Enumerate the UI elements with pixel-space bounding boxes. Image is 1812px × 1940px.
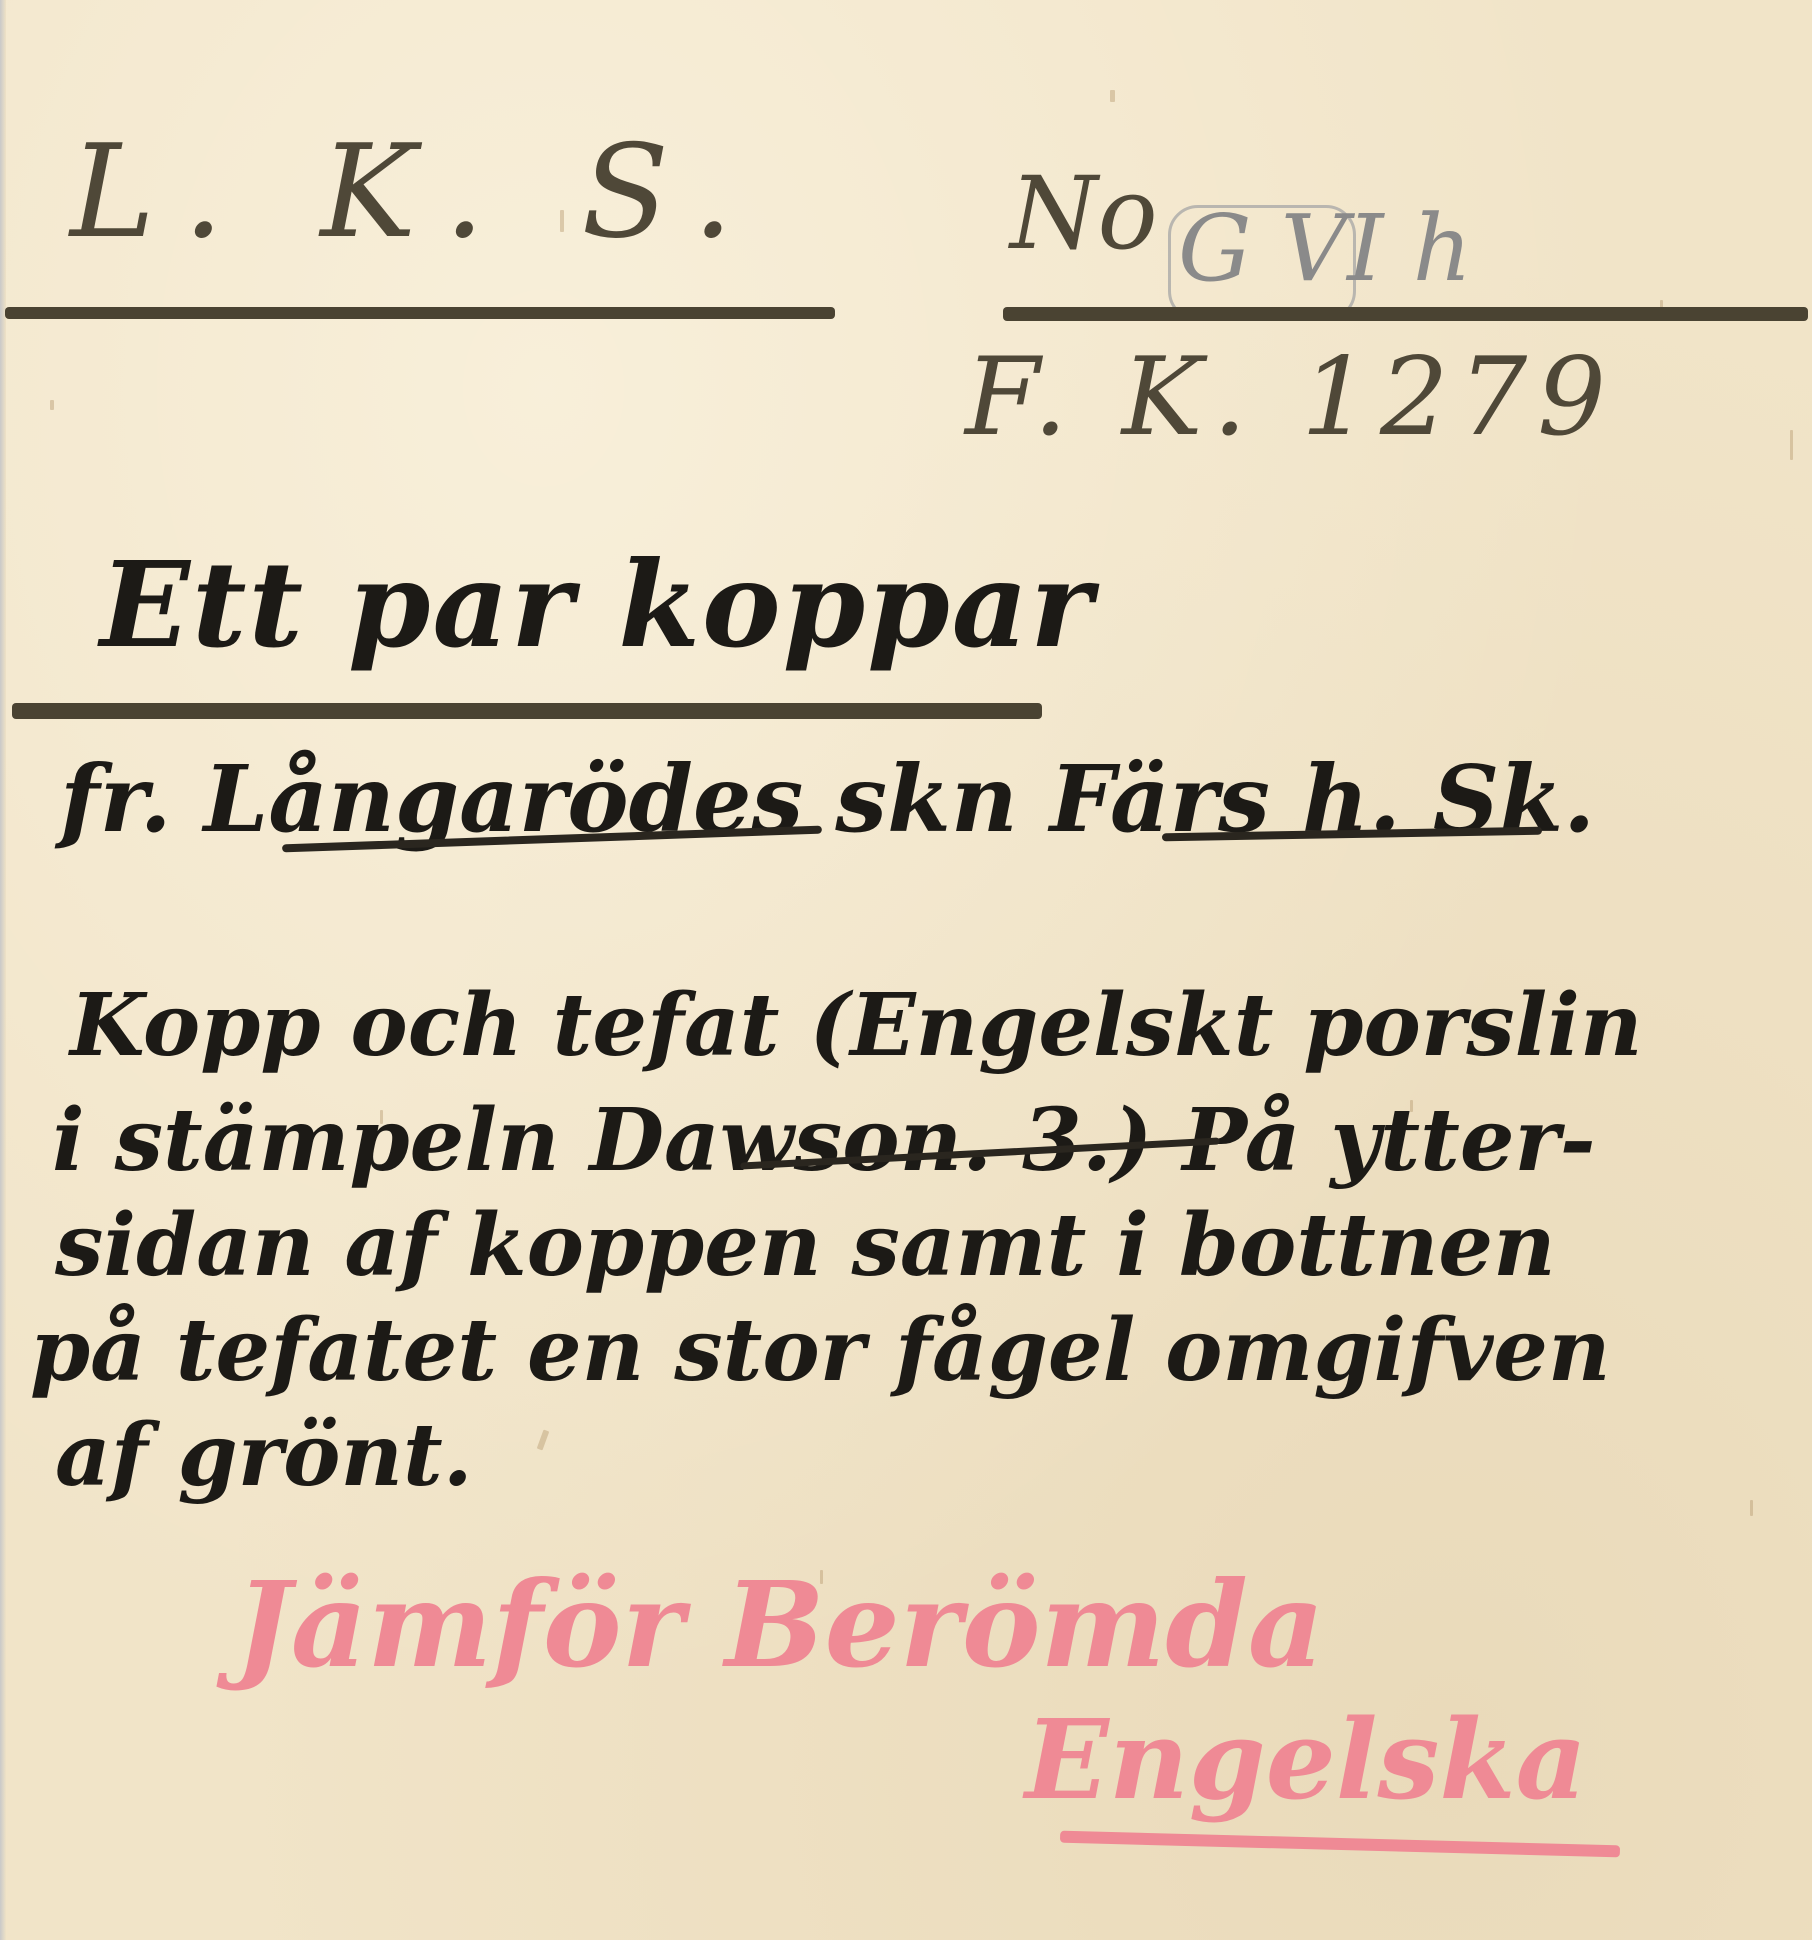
- description-line: Kopp och tefat (Engelskt porslin: [70, 975, 1642, 1076]
- pencil-classification-code: G VI h: [1178, 195, 1472, 302]
- description-line: sidan af koppen samt i bottnen: [55, 1195, 1556, 1296]
- paper-fiber: [50, 400, 54, 410]
- paper-fiber: [1110, 90, 1115, 102]
- paper-fiber: [1750, 1500, 1753, 1516]
- scan-edge: [0, 0, 6, 1940]
- collection-abbreviation: L. K. S.: [70, 118, 761, 267]
- title-rule: [12, 703, 1042, 719]
- description-line: på tefatet en stor fågel omgifven: [30, 1300, 1611, 1401]
- red-annotation-line-2: Engelska: [1025, 1695, 1587, 1824]
- paper-fiber: [1790, 430, 1793, 460]
- number-label: No: [1010, 155, 1158, 272]
- description-line: i stämpeln Dawson. 3.) På ytter-: [52, 1090, 1596, 1191]
- catalog-number: F. K. 1279: [965, 335, 1616, 460]
- header-rule-left: [5, 307, 835, 319]
- description-line: af grönt.: [55, 1405, 473, 1506]
- red-annotation-line-1: Jämför Berömda: [235, 1555, 1324, 1694]
- object-title: Ett par koppar: [100, 535, 1094, 674]
- header-rule-right: [1003, 307, 1808, 321]
